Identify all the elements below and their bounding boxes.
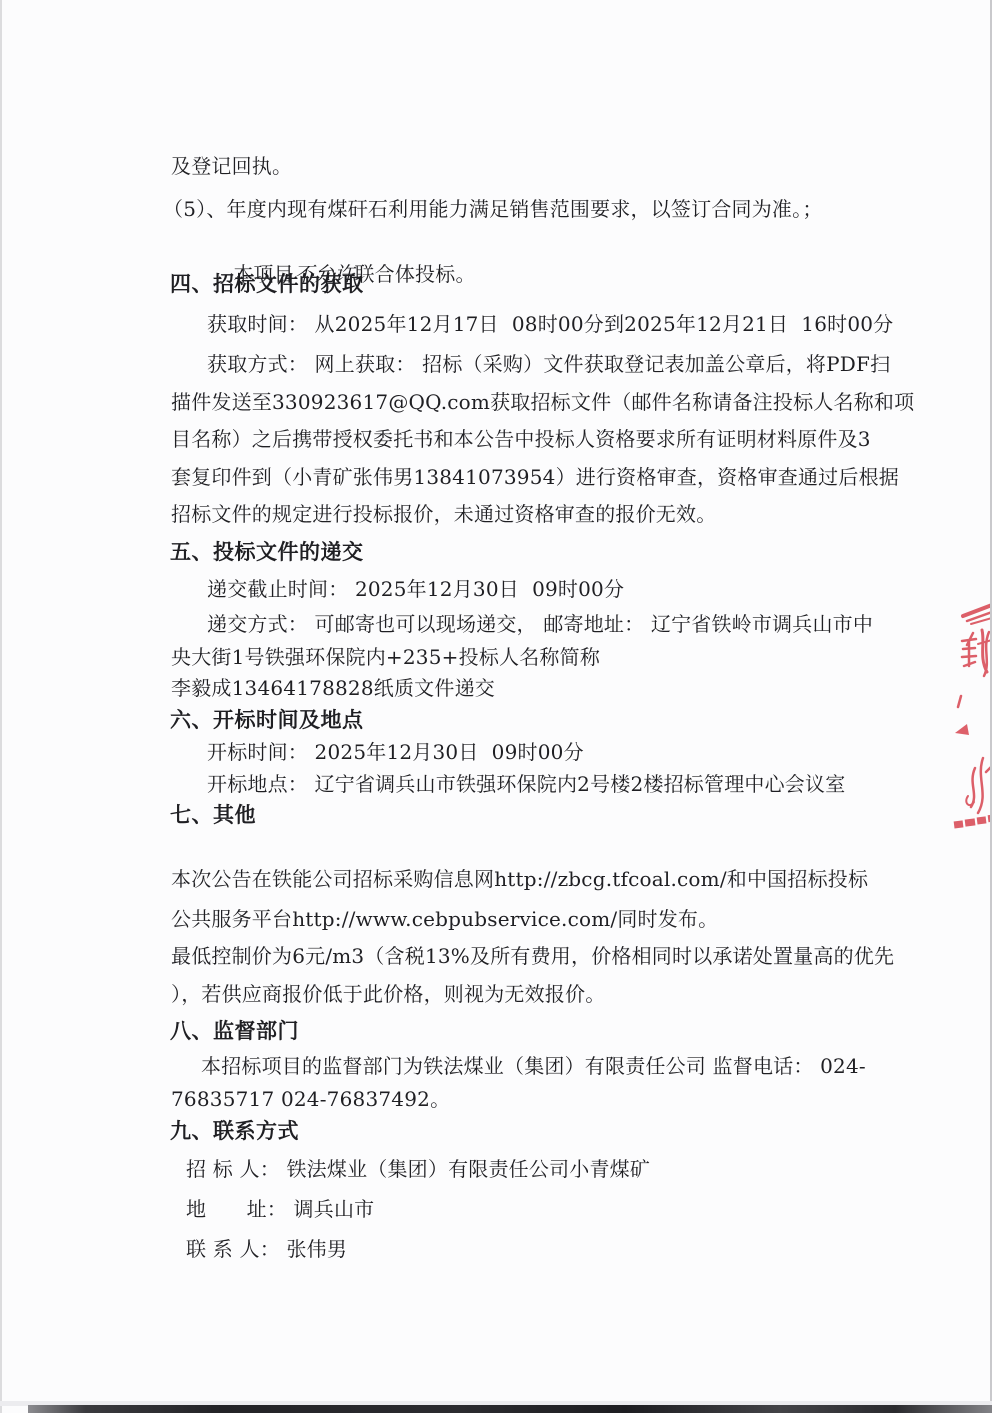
section-7-heading: 七、其他 [170, 802, 256, 829]
paragraph-line: 递交方式： 可邮寄也可以现场递交， 邮寄地址： 辽宁省铁岭市调兵山市中 [207, 611, 873, 638]
paragraph-line: 央大街1号铁强环保院内+235+投标人名称简称 [171, 644, 600, 671]
contact-person-line: 联 系 人： 张伟男 [186, 1236, 347, 1263]
paragraph-line: 本次公告在铁能公司招标采购信息网http://zbcg.tfcoal.com/和… [171, 866, 868, 893]
document-page: 及登记回执。 （5）、年度内现有煤矸石利用能力满足销售范围要求，以签订合同为准。… [0, 0, 992, 1413]
paragraph-line: 最低控制价为6元/m3（含税13%及所有费用，价格相同时以承诺处置量高的优先 [171, 943, 894, 970]
paragraph-line: 目名称）之后携带授权委托书和本公告中投标人资格要求所有证明材料原件及3 [171, 426, 871, 453]
paragraph-line: 描件发送至330923617@QQ.com获取招标文件（邮件名称请备注投标人名称… [171, 389, 914, 416]
red-seal-fragment-icon [948, 600, 992, 845]
paragraph-line: 本招标项目的监督部门为铁法煤业（集团）有限责任公司 监督电话： 024- [201, 1053, 866, 1080]
scan-left-edge [0, 0, 2, 1413]
paragraph-line: 获取时间： 从2025年12月17日 08时00分到2025年12月21日 16… [207, 311, 893, 338]
paragraph-line: 及登记回执。 [171, 153, 292, 180]
paragraph-line: （5）、年度内现有煤矸石利用能力满足销售范围要求，以签订合同为准。； [163, 196, 823, 223]
scan-bottom-dark-strip [28, 1405, 992, 1413]
paragraph-line: 李毅成13464178828纸质文件递交 [171, 675, 495, 702]
section-6-heading: 六、开标时间及地点 [170, 707, 364, 734]
paragraph-line: 公共服务平台http://www.cebpubservice.com/同时发布。 [171, 906, 718, 933]
paragraph-line: 76835717 024-76837492。 [171, 1086, 450, 1113]
paragraph-line: ），若供应商报价低于此价格，则视为无效报价。 [171, 981, 605, 1008]
paragraph-line: 开标时间： 2025年12月30日 09时00分 [207, 739, 584, 766]
section-9-heading: 九、联系方式 [170, 1118, 299, 1145]
paragraph-line: 招标文件的规定进行投标报价，未通过资格审查的报价无效。 [171, 501, 716, 528]
section-8-heading: 八、监督部门 [170, 1018, 299, 1045]
no-joint-suffix: 联合体投标。 [354, 262, 475, 286]
contact-address-line: 地 址： 调兵山市 [186, 1196, 374, 1223]
paragraph-line: 递交截止时间： 2025年12月30日 09时00分 [207, 576, 624, 603]
paragraph-line: 获取方式： 网上获取： 招标（采购）文件获取登记表加盖公章后，将PDF扫 [207, 351, 890, 378]
section-5-heading: 五、投标文件的递交 [170, 539, 364, 566]
paragraph-line: 套复印件到（小青矿张伟男13841073954）进行资格审查，资格审查通过后根据 [171, 464, 899, 491]
paragraph-line: 开标地点： 辽宁省调兵山市铁强环保院内2号楼2楼招标管理中心会议室 [207, 771, 845, 798]
section-4-heading: 四、招标文件的获取 [170, 271, 364, 298]
contact-bidder-line: 招 标 人： 铁法煤业（集团）有限责任公司小青煤矿 [186, 1156, 650, 1183]
